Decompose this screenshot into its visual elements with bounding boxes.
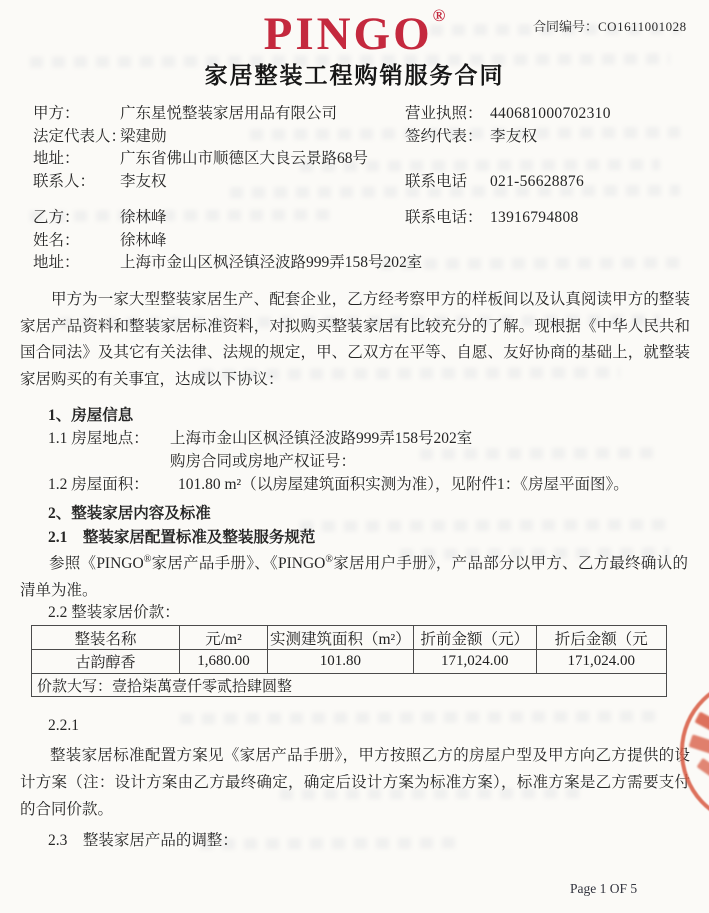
field-value: 广东省佛山市顺德区大良云景路68号: [120, 148, 368, 171]
section-heading: 2、整装家居内容及标准: [48, 501, 211, 523]
field-label: 地址：: [33, 252, 80, 275]
item-1-1-value: 上海市金山区枫泾镇泾波路999弄158号202室: [170, 426, 472, 448]
field-label: 签约代表：: [405, 126, 483, 149]
field-value: 13916794808: [490, 207, 579, 230]
field-label: 联系电话：: [405, 207, 483, 230]
field-value: 徐林峰: [120, 207, 167, 230]
clause-paragraph: 整装家居标准配置方案见《家居产品手册》，甲方按照乙方的房屋户型及甲方向乙方提供的…: [20, 742, 690, 823]
field-label: 地址：: [33, 148, 80, 171]
field-label: 甲方：: [33, 103, 80, 126]
page-number: Page 1 OF 5: [570, 881, 637, 897]
registered-trademark-icon: ®: [433, 6, 446, 25]
field-value: 李友权: [120, 171, 167, 194]
table-header-row: 整装名称 元/m² 实测建筑面积（m²） 折前金额（元） 折后金额（元: [32, 626, 667, 650]
table-cell: 1,680.00: [180, 650, 268, 674]
field-value: 440681000702310: [490, 103, 611, 126]
field-label: 联系人：: [33, 171, 95, 194]
logo-text: PINGO: [264, 8, 433, 60]
company-stamp: [680, 676, 709, 836]
table-cell: 171,024.00: [536, 650, 666, 674]
table-header-cell: 折前金额（元）: [413, 626, 536, 650]
table-cell: 171,024.00: [413, 650, 536, 674]
field-value: 021-56628876: [490, 171, 584, 194]
section-heading: 1、房屋信息: [48, 403, 133, 425]
field-label: 法定代表人：: [33, 126, 126, 149]
table-row: 古韵醇香 1,680.00 101.80 171,024.00 171,024.…: [32, 650, 667, 674]
party-row: 联系人： 李友权 联系电话 021-56628876: [33, 171, 693, 194]
table-header-cell: 折后金额（元: [536, 626, 666, 650]
field-value: 徐林峰: [120, 230, 167, 253]
document-title: 家居整装工程购销服务合同: [0, 57, 709, 90]
table-cell: 101.80: [268, 650, 414, 674]
item-2-1: 2.1 整装家居配置标准及整装服务规范: [48, 525, 315, 547]
item-2-2: 2.2 整装家居价款：: [48, 600, 180, 622]
field-label: 姓名：: [33, 230, 80, 253]
field-value: 广东星悦整装家居用品有限公司: [120, 103, 337, 126]
registered-trademark-icon: ®: [325, 554, 333, 565]
clause-number: 2.2.1: [48, 717, 79, 735]
party-row: 地址： 广东省佛山市顺德区大良云景路68号: [33, 148, 693, 171]
party-row: 乙方： 徐林峰 联系电话： 13916794808: [33, 207, 693, 230]
item-1-1-line2: 购房合同或房地产权证号：: [170, 449, 356, 471]
amount-in-words: 价款大写：壹拾柒萬壹仟零贰拾肆圆整: [32, 674, 667, 697]
party-row: 姓名： 徐林峰: [33, 230, 693, 253]
section-2-2-1: 2.2.1 整装家居标准配置方案见《家居产品手册》，甲方按照乙方的房屋户型及甲方…: [0, 712, 709, 852]
contract-number-label: 合同编号：: [533, 19, 598, 34]
contract-number-value: CO1611001028: [598, 19, 687, 34]
field-label: 营业执照：: [405, 103, 483, 126]
price-table: 整装名称 元/m² 实测建筑面积（m²） 折前金额（元） 折后金额（元 古韵醇香…: [31, 625, 667, 697]
party-row: 甲方： 广东星悦整装家居用品有限公司 营业执照： 440681000702310: [33, 103, 693, 126]
field-label: 联系电话: [405, 171, 467, 194]
table-footer-row: 价款大写：壹拾柒萬壹仟零贰拾肆圆整: [32, 674, 667, 697]
ref-text: 家居产品手册》、《PINGO: [151, 555, 325, 572]
field-value: 梁建勋: [120, 126, 167, 149]
field-value: 上海市金山区枫泾镇泾波路999弄158号202室: [120, 252, 422, 275]
field-value: 李友权: [490, 126, 537, 149]
preamble-paragraph: 甲方为一家大型整装家居生产、配套企业，乙方经考察甲方的样板间以及认真阅读甲方的整…: [20, 287, 690, 393]
pingo-logo: PINGO®: [264, 8, 446, 60]
ref-text: 参照《PINGO: [49, 555, 144, 572]
reference-paragraph: 参照《PINGO®家居产品手册》、《PINGO®家居用户手册》，产品部分以甲方、…: [20, 547, 688, 604]
party-row: 法定代表人： 梁建勋 签约代表： 李友权: [33, 126, 693, 149]
item-1-2-label: 1.2 房屋面积：: [48, 472, 149, 494]
party-row: 地址： 上海市金山区枫泾镇泾波路999弄158号202室: [33, 252, 693, 275]
item-1-2-value: 101.80 m²（以房屋建筑面积实测为准），见附件1：《房屋平面图》。: [178, 472, 629, 494]
party-a-section: 甲方： 广东星悦整装家居用品有限公司 营业执照： 440681000702310…: [33, 103, 693, 193]
table-header-cell: 整装名称: [32, 626, 180, 650]
item-2-3: 2.3 整装家居产品的调整：: [48, 828, 238, 850]
table-cell: 古韵醇香: [32, 650, 180, 674]
item-1-1-label: 1.1 房屋地点：: [48, 426, 149, 448]
contract-number: 合同编号：CO1611001028: [533, 16, 687, 35]
section-house-info: 1、房屋信息 1.1 房屋地点： 上海市金山区枫泾镇泾波路999弄158号202…: [0, 399, 709, 499]
contract-page: PINGO® 合同编号：CO1611001028 家居整装工程购销服务合同 甲方…: [0, 0, 709, 913]
table-header-cell: 元/m²: [180, 626, 268, 650]
field-label: 乙方：: [33, 207, 80, 230]
table-header-cell: 实测建筑面积（m²）: [268, 626, 414, 650]
section-content-standard: 2、整装家居内容及标准 2.1 整装家居配置标准及整装服务规范 参照《PINGO…: [0, 498, 709, 628]
party-b-section: 乙方： 徐林峰 联系电话： 13916794808 姓名： 徐林峰 地址： 上海…: [33, 207, 693, 275]
